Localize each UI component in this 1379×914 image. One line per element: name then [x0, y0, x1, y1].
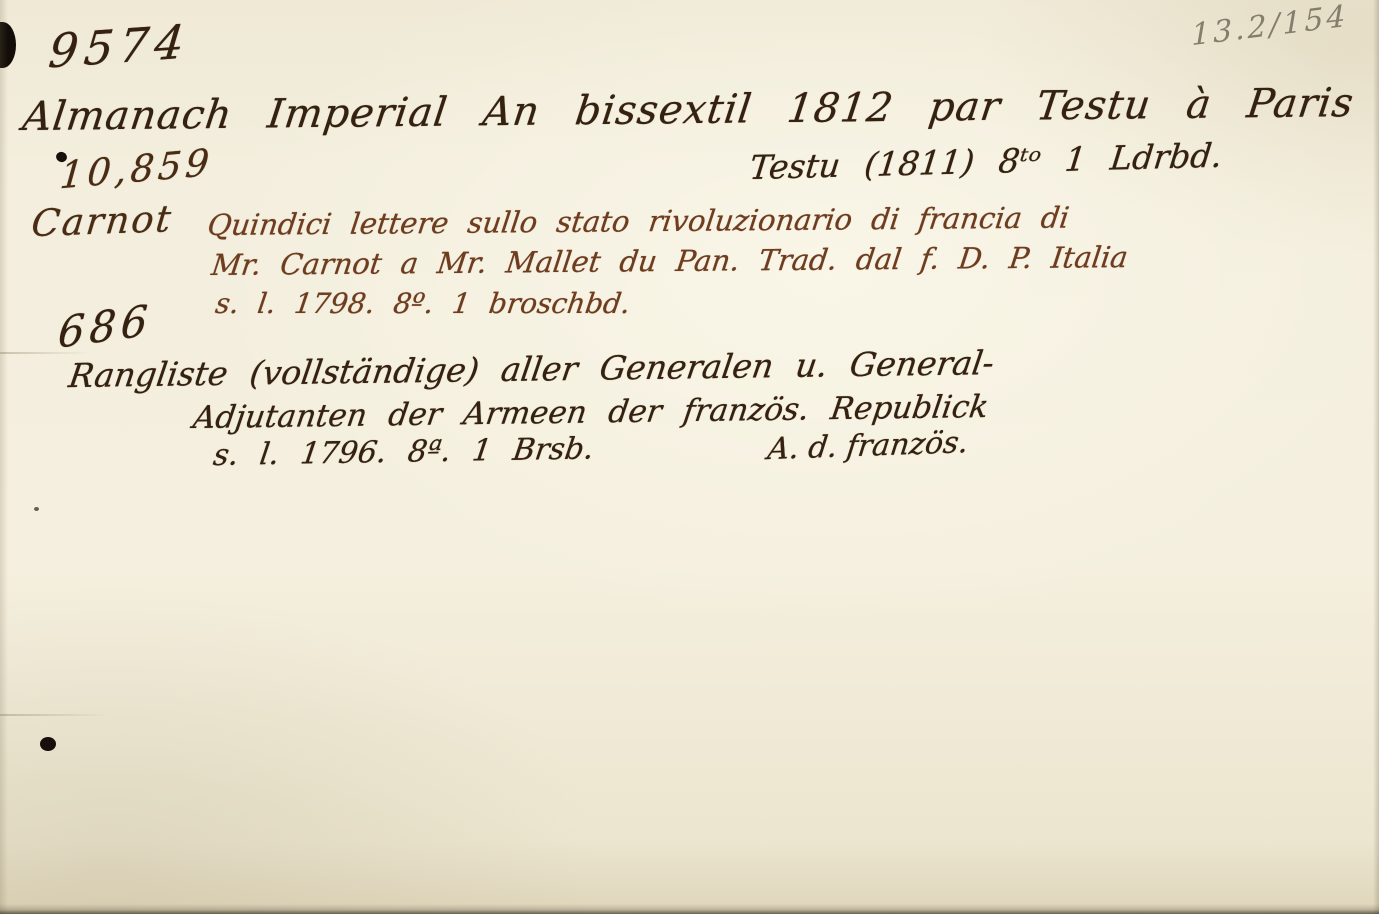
- paper-crease-lower: [0, 714, 110, 716]
- shelf-mark: 13.2/154: [1191, 0, 1349, 53]
- entry-3-line-3: s. l. 1796. 8ª. 1 Brsb.: [211, 431, 596, 473]
- entry-1-number: 9574: [46, 14, 192, 78]
- catalog-card-page: 13.2/154 9574 Almanach Imperial An bisse…: [0, 0, 1379, 914]
- entry-2-number: 10,859: [58, 141, 215, 198]
- paper-edge-left: [0, 0, 8, 914]
- entry-1-imprint-line: Testu (1811) 8ᵗᵒ 1 Ldrbd.: [748, 136, 1225, 187]
- paper-crease-upper: [0, 352, 90, 354]
- entry-1-title-line: Almanach Imperial An bissextil 1812 par …: [20, 80, 1357, 140]
- entry-2-line-3: s. l. 1798. 8º. 1 broschbd.: [213, 287, 632, 320]
- ink-speck: [34, 507, 39, 511]
- paper-edge-bottom: [0, 904, 1379, 914]
- entry-2-heading: Carnot: [29, 197, 174, 245]
- entry-3-translation-note: A. d. französ.: [766, 425, 971, 467]
- entry-2-line-1: Quindici lettere sullo stato rivoluziona…: [206, 200, 1072, 242]
- paper-edge-right: [1373, 0, 1379, 914]
- entry-2-line-2: Mr. Carnot a Mr. Mallet du Pan. Trad. da…: [210, 240, 1131, 282]
- entry-3-line-1: Rangliste (vollständige) aller Generalen…: [66, 343, 996, 395]
- entry-3-number: 686: [57, 295, 155, 358]
- punch-hole-spot: [40, 737, 56, 751]
